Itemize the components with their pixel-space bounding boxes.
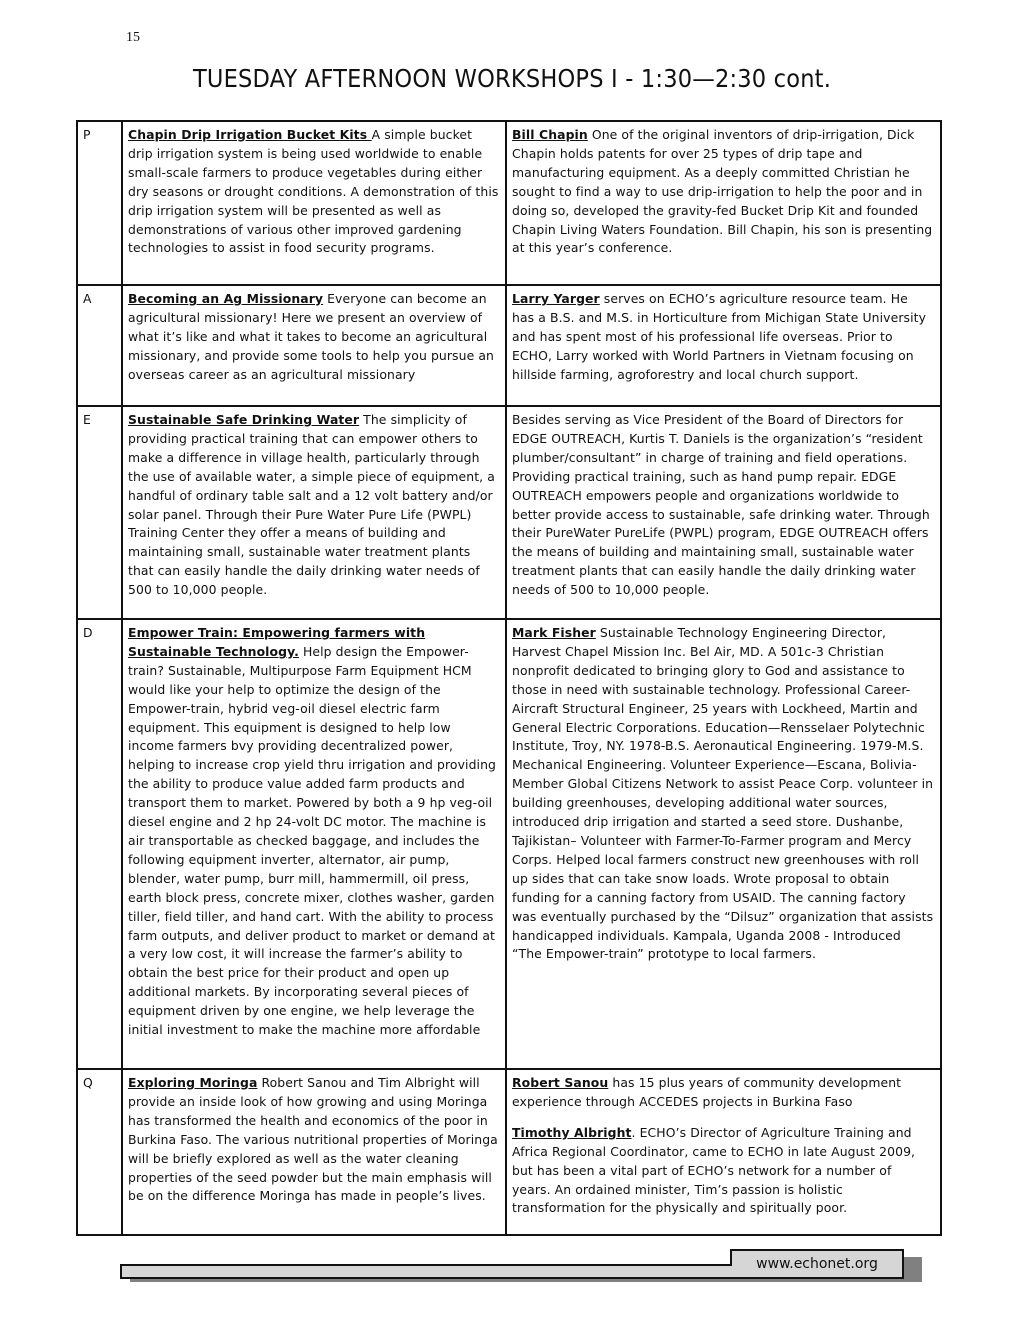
presenter-bio: Bill Chapin One of the original inventor… [506, 121, 941, 285]
room-letter: A [77, 285, 122, 406]
workshop-title: Becoming an Ag Missionary [128, 291, 323, 306]
room-letter: Q [77, 1069, 122, 1235]
presenter-text: Sustainable Technology Engineering Direc… [512, 625, 933, 961]
footer-url: www.echonet.org [730, 1249, 904, 1279]
presenter-bio: Robert Sanou has 15 plus years of commun… [506, 1069, 941, 1235]
workshop-description: Empower Train: Empowering farmers with S… [122, 619, 506, 1069]
table-row: A Becoming an Ag Missionary Everyone can… [77, 285, 941, 406]
workshop-description: Sustainable Safe Drinking Water The simp… [122, 406, 506, 619]
workshop-text: The simplicity of providing practical tr… [128, 412, 495, 597]
presenter-name: Timothy Albright [512, 1125, 632, 1140]
page-number: 15 [126, 30, 140, 46]
table-row: Q Exploring Moringa Robert Sanou and Tim… [77, 1069, 941, 1235]
workshop-title: Sustainable Safe Drinking Water [128, 412, 359, 427]
footer-bar [120, 1264, 732, 1279]
room-letter: D [77, 619, 122, 1069]
presenter-name: Bill Chapin [512, 127, 588, 142]
workshop-description: Chapin Drip Irrigation Bucket Kits A sim… [122, 121, 506, 285]
workshop-text: Help design the Empower-train? Sustainab… [128, 644, 496, 1037]
presenter-name: Larry Yarger [512, 291, 600, 306]
room-letter: E [77, 406, 122, 619]
presenter-bio: Besides serving as Vice President of the… [506, 406, 941, 619]
workshop-description: Becoming an Ag Missionary Everyone can b… [122, 285, 506, 406]
table-row: E Sustainable Safe Drinking Water The si… [77, 406, 941, 619]
footer-tab-join [729, 1266, 735, 1277]
room-letter: P [77, 121, 122, 285]
workshops-table: P Chapin Drip Irrigation Bucket Kits A s… [76, 120, 942, 1236]
table-row: P Chapin Drip Irrigation Bucket Kits A s… [77, 121, 941, 285]
workshop-text: Robert Sanou and Tim Albright will provi… [128, 1075, 498, 1203]
workshop-description: Exploring Moringa Robert Sanou and Tim A… [122, 1069, 506, 1235]
presenter-bio: Mark Fisher Sustainable Technology Engin… [506, 619, 941, 1069]
footer-banner: www.echonet.org [120, 1249, 904, 1282]
presenter-text: Besides serving as Vice President of the… [512, 412, 930, 597]
page-title: TUESDAY AFTERNOON WORKSHOPS I - 1:30—2:3… [41, 64, 983, 93]
table-row: D Empower Train: Empowering farmers with… [77, 619, 941, 1069]
presenter-name: Mark Fisher [512, 625, 596, 640]
presenter-text: One of the original inventors of drip-ir… [512, 127, 932, 255]
presenter-bio: Larry Yarger serves on ECHO’s agricultur… [506, 285, 941, 406]
workshop-text: A simple bucket drip irrigation system i… [128, 127, 498, 255]
presenter-name: Robert Sanou [512, 1075, 608, 1090]
workshop-title: Chapin Drip Irrigation Bucket Kits [128, 127, 372, 142]
workshop-title: Exploring Moringa [128, 1075, 257, 1090]
